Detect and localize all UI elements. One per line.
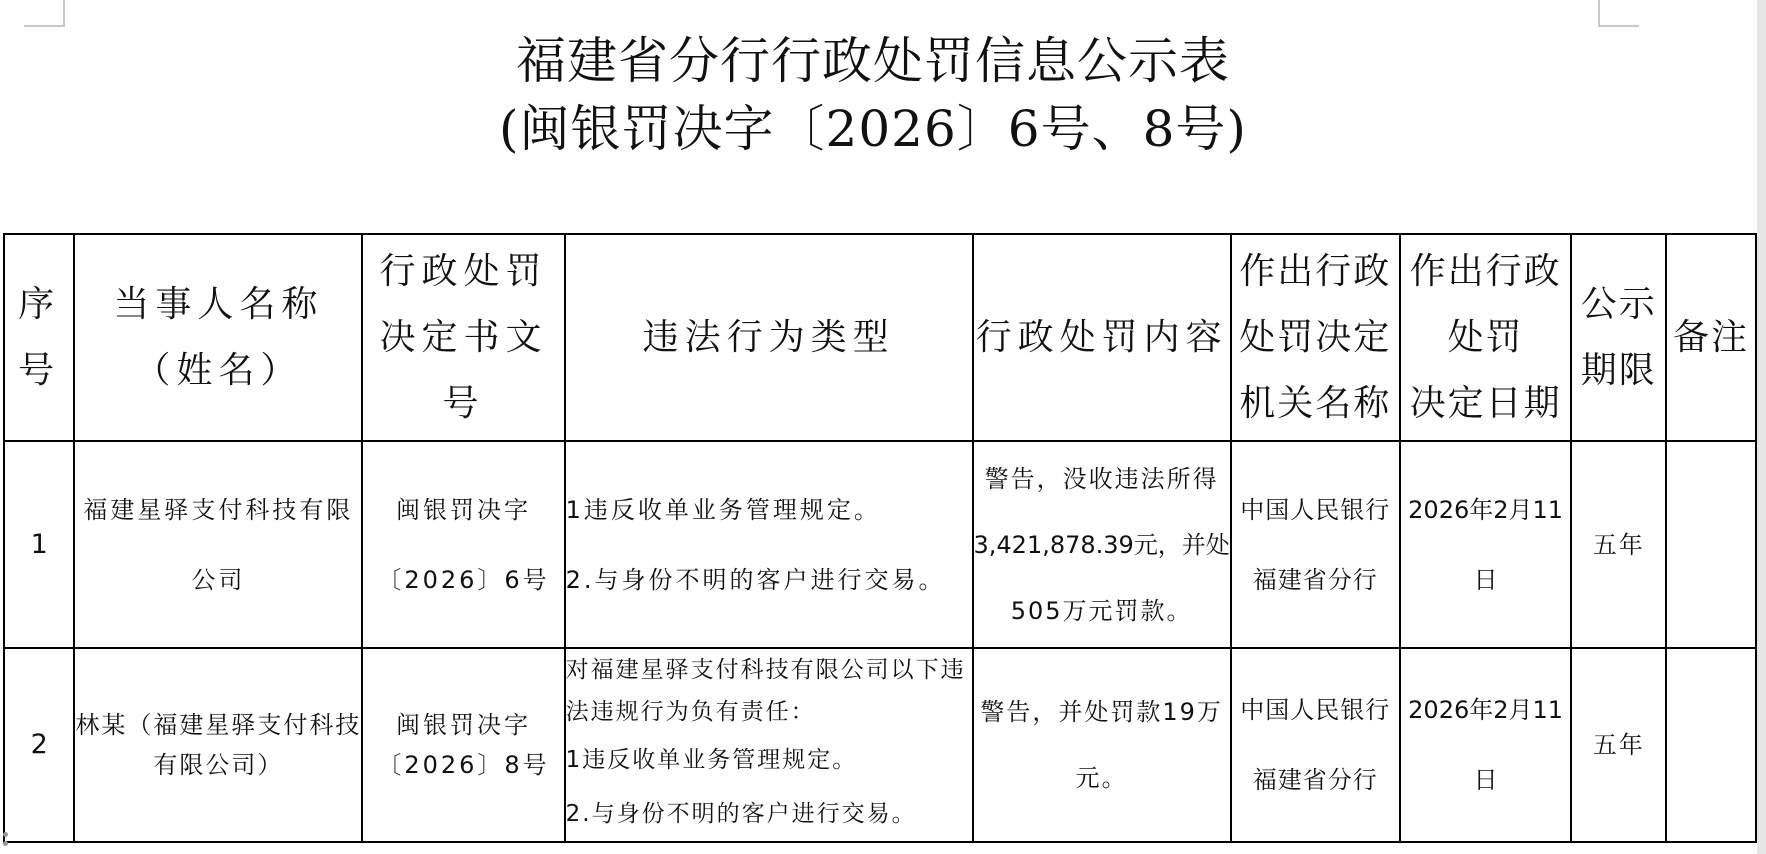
header-publish-period: 公示期限: [1571, 234, 1666, 441]
table-header-row: 序号 当事人名称（姓名） 行政处罚决定书文号 违法行为类型 行政处罚内容 作出行…: [4, 234, 1756, 441]
row-authority: 中国人民银行福建省分行: [1231, 441, 1400, 648]
row-period: 五年: [1571, 648, 1666, 842]
vertical-scrollbar[interactable]: [1757, 0, 1766, 854]
header-authority: 作出行政处罚决定机关名称: [1231, 234, 1400, 441]
header-decision-date: 作出行政处罚决定日期: [1400, 234, 1572, 441]
row-index: 1: [4, 441, 74, 648]
crop-mark-top-right: [1598, 0, 1639, 27]
crop-mark-top-left: [24, 0, 65, 27]
row-party: 林某（福建星驿支付科技有限公司）: [74, 648, 362, 842]
row-doc-no: 闽银罚决字〔2026〕8号: [362, 648, 564, 842]
row-violations: 对福建星驿支付科技有限公司以下违法违规行为负有责任：1违反收单业务管理规定。2.…: [565, 648, 973, 842]
document-page: 福建省分行行政处罚信息公示表 (闽银罚决字〔2026〕6号、8号) 序号 当事人…: [0, 0, 1757, 854]
document-subtitle: (闽银罚决字〔2026〕6号、8号): [0, 104, 1756, 154]
header-violation-type: 违法行为类型: [565, 234, 973, 441]
row-date: 2026年2月11日: [1400, 441, 1572, 648]
header-remark: 备注: [1666, 234, 1756, 441]
row-date: 2026年2月11日: [1400, 648, 1572, 842]
document-title: 福建省分行行政处罚信息公示表: [0, 36, 1756, 86]
header-penalty-content: 行政处罚内容: [973, 234, 1231, 441]
table-row: 2 林某（福建星驿支付科技有限公司） 闽银罚决字〔2026〕8号 对福建星驿支付…: [4, 648, 1756, 842]
table-row: 1 福建星驿支付科技有限公司 闽银罚决字〔2026〕6号 1违反收单业务管理规定…: [4, 441, 1756, 648]
row-index: 2: [4, 648, 74, 842]
row-remark: [1666, 648, 1756, 842]
row-authority: 中国人民银行福建省分行: [1231, 648, 1400, 842]
penalty-table: 序号 当事人名称（姓名） 行政处罚决定书文号 违法行为类型 行政处罚内容 作出行…: [3, 233, 1757, 843]
header-doc-no: 行政处罚决定书文号: [362, 234, 564, 441]
row-remark: [1666, 441, 1756, 648]
row-doc-no: 闽银罚决字〔2026〕6号: [362, 441, 564, 648]
row-violations: 1违反收单业务管理规定。2.与身份不明的客户进行交易。: [565, 441, 973, 648]
row-period: 五年: [1571, 441, 1666, 648]
header-party: 当事人名称（姓名）: [74, 234, 362, 441]
row-penalty: 警告，没收违法所得3,421,878.39元，并处505万元罚款。: [973, 441, 1231, 648]
row-penalty: 警告，并处罚款19万元。: [973, 648, 1231, 842]
header-index: 序号: [4, 234, 74, 441]
resize-handle[interactable]: [3, 832, 8, 850]
row-party: 福建星驿支付科技有限公司: [74, 441, 362, 648]
